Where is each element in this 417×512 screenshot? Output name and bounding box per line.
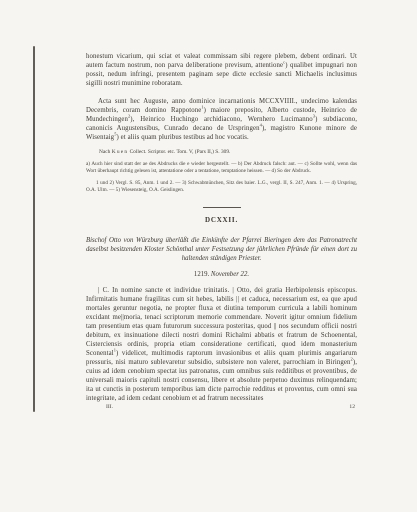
previous-charter-actum-paragraph: Acta sunt hec Auguste, anno dominice inc… bbox=[86, 97, 357, 142]
charter-number-heading: DCXXII. bbox=[86, 216, 357, 224]
charter-body-text: | C. In nomine sancte et individue trini… bbox=[86, 286, 357, 403]
source-citation: Nach Kuen Collect. Scriptor. etc. Tom. V… bbox=[99, 149, 357, 156]
previous-charter-closing-paragraph: honestum vicarium, qui sciat et valeat c… bbox=[86, 52, 357, 88]
charter-date-year: 1219. bbox=[194, 271, 209, 278]
sheet-number: 12 bbox=[349, 403, 357, 411]
footnotes-number-marks: 1 und 2) Vergl. S. 85, Anm. 1 und 2. — 3… bbox=[86, 180, 357, 193]
section-divider-rule bbox=[203, 207, 241, 208]
charter-dateline: 1219. November 22. bbox=[86, 271, 357, 278]
volume-signature: III. bbox=[86, 403, 113, 411]
page-footer-line: III. 12 bbox=[86, 403, 357, 411]
footnotes-letter-marks: a) Auch hier sind statt der ae des Abdru… bbox=[86, 161, 357, 174]
charter-summary-regest: Bischof Otto von Würzburg überläßt die E… bbox=[86, 236, 357, 263]
scanned-book-page: honestum vicarium, qui sciat et valeat c… bbox=[0, 0, 417, 512]
text-block: honestum vicarium, qui sciat et valeat c… bbox=[86, 52, 357, 411]
charter-date-day: November 22. bbox=[211, 271, 249, 278]
binding-edge-line bbox=[33, 46, 35, 412]
